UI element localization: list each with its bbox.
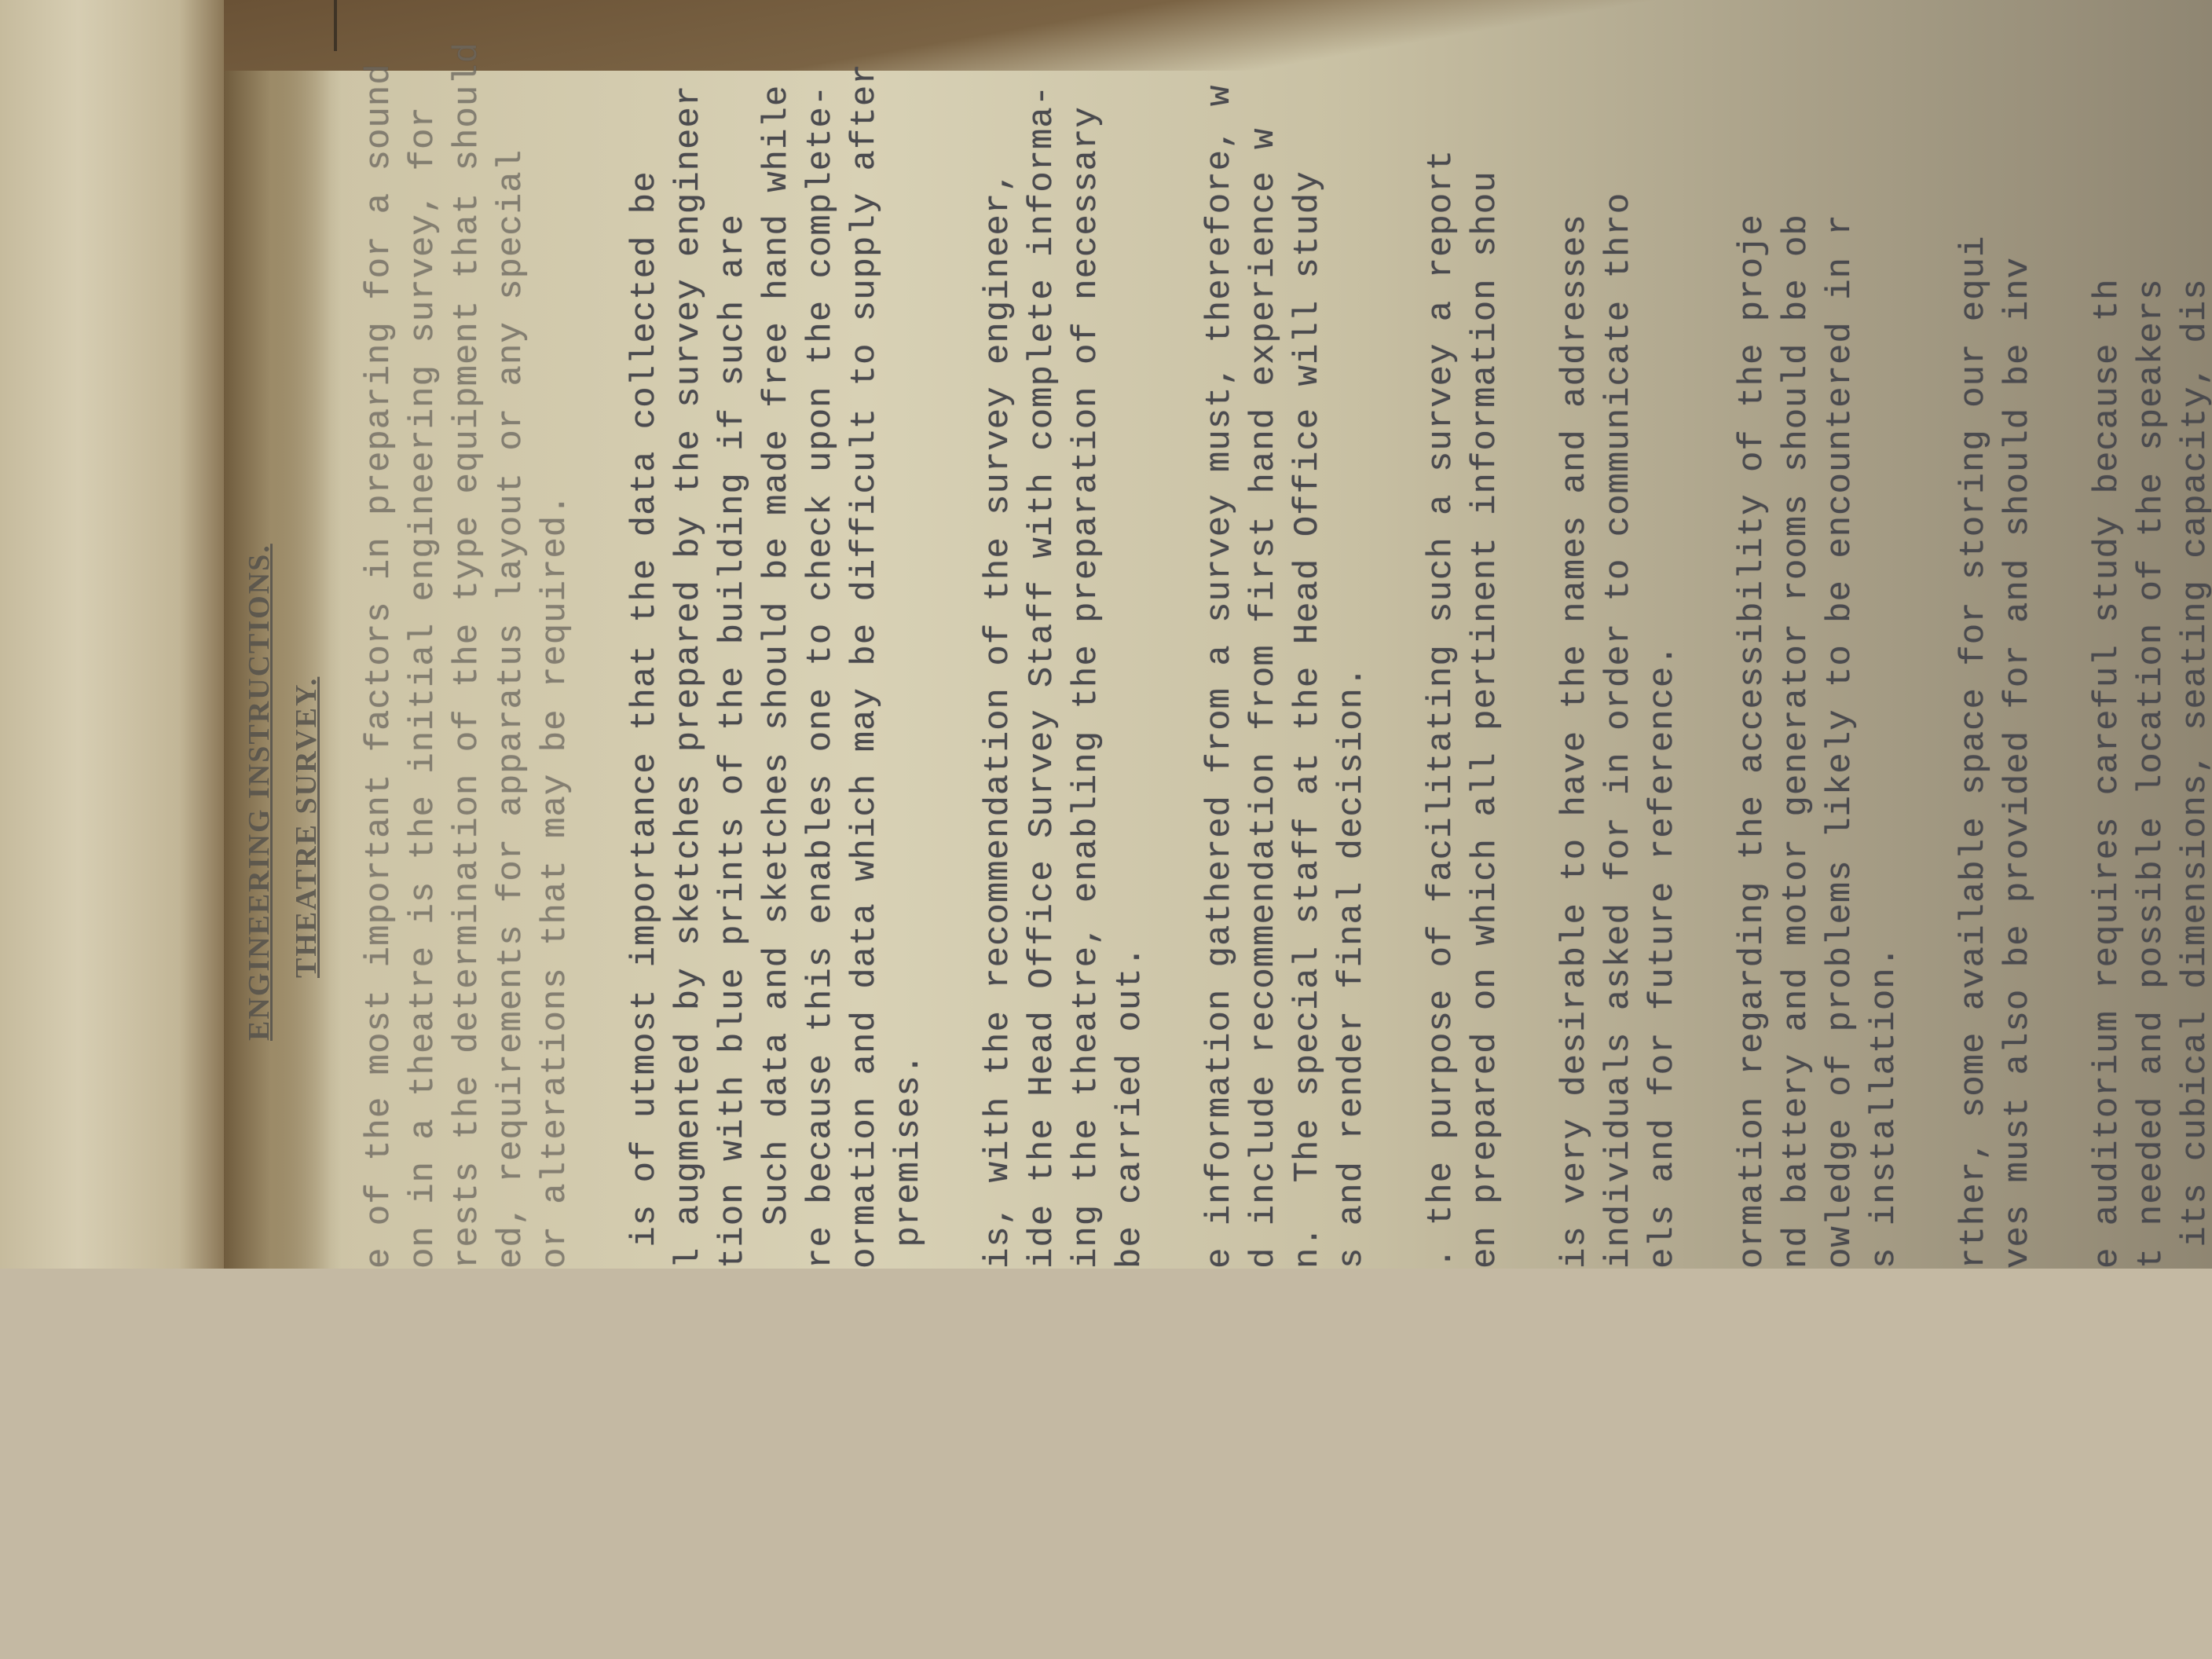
left-page-fold [0, 0, 224, 1269]
text-line: its cubical dimensions, seating capacity… [2174, 0, 2212, 1269]
text-line: rests the determination of the type equi… [445, 0, 489, 1269]
text-line: ves must also be provided for and should… [1996, 0, 2040, 1269]
text-line: re because this enables one to check upo… [799, 0, 843, 1269]
paragraph-5: . the purpose of facilitating such a sur… [1419, 0, 1507, 1269]
text-line: or alterations that may be required. [533, 0, 577, 1269]
paragraph-2: is of utmost importance that the data co… [623, 0, 931, 1269]
text-line: is, with the recommendation of the surve… [976, 0, 1020, 1269]
text-line: be carried out. [1108, 0, 1152, 1269]
text-line: rther, some available space for storing … [1952, 0, 1996, 1269]
text-line: nd battery and motor generator rooms sho… [1774, 0, 1818, 1269]
paragraph-6: is very desirable to have the names and … [1553, 0, 1685, 1269]
paragraph-3: is, with the recommendation of the surve… [976, 0, 1152, 1269]
text-line: individuals asked for in order to commun… [1597, 0, 1641, 1269]
document-subheader: THEATRE SURVEY. [283, 0, 357, 1269]
text-line: on in a theatre is the initial engineeri… [401, 0, 445, 1269]
text-line: premises. [887, 0, 931, 1269]
text-line: s installation. [1862, 0, 1906, 1269]
text-line: t needed and possible location of the sp… [2130, 0, 2174, 1269]
text-line: els and for future reference. [1641, 0, 1685, 1269]
text-line: ormation and data which may be difficult… [843, 0, 887, 1269]
text-line: ormation regarding the accessibility of … [1730, 0, 1774, 1269]
text-line: l augmented by sketches prepared by the … [667, 0, 711, 1269]
typewritten-page: ENGINEERING INSTRUCTIONS. THEATRE SURVEY… [236, 0, 2212, 1269]
text-line: ed, requirements for apparatus layout or… [489, 0, 533, 1269]
text-line: e auditorium requires careful study beca… [2086, 0, 2130, 1269]
document-header: ENGINEERING INSTRUCTIONS. [236, 0, 283, 1269]
paragraph-9: e auditorium requires careful study beca… [2086, 0, 2212, 1269]
text-line: tion with blue prints of the building if… [711, 0, 755, 1269]
text-line: e information gathered from a survey mus… [1198, 0, 1242, 1269]
paragraph-4: e information gathered from a survey mus… [1198, 0, 1374, 1269]
document-photo: ENGINEERING INSTRUCTIONS. THEATRE SURVEY… [0, 0, 2212, 1269]
text-line: . the purpose of facilitating such a sur… [1419, 0, 1463, 1269]
text-line: en prepared on which all pertinent infor… [1463, 0, 1507, 1269]
paragraph-1: e of the most important factors in prepa… [357, 0, 577, 1269]
text-line: is very desirable to have the names and … [1553, 0, 1597, 1269]
paragraph-8: rther, some available space for storing … [1952, 0, 2040, 1269]
empty-backdrop [0, 1269, 2212, 1659]
paragraph-7: ormation regarding the accessibility of … [1730, 0, 1906, 1269]
text-line: s and render final decision. [1330, 0, 1374, 1269]
text-line: e of the most important factors in prepa… [357, 0, 401, 1269]
text-line: d include recommendation from first hand… [1242, 0, 1286, 1269]
text-line: Such data and sketches should be made fr… [755, 0, 799, 1269]
text-line: owledge of problems likely to be encount… [1818, 0, 1862, 1269]
text-line: ide the Head Office Survey Staff with co… [1020, 0, 1064, 1269]
text-line: n. The special staff at the Head Office … [1286, 0, 1330, 1269]
text-line: ing the theatre, enabling the preparatio… [1064, 0, 1108, 1269]
text-line: is of utmost importance that the data co… [623, 0, 667, 1269]
